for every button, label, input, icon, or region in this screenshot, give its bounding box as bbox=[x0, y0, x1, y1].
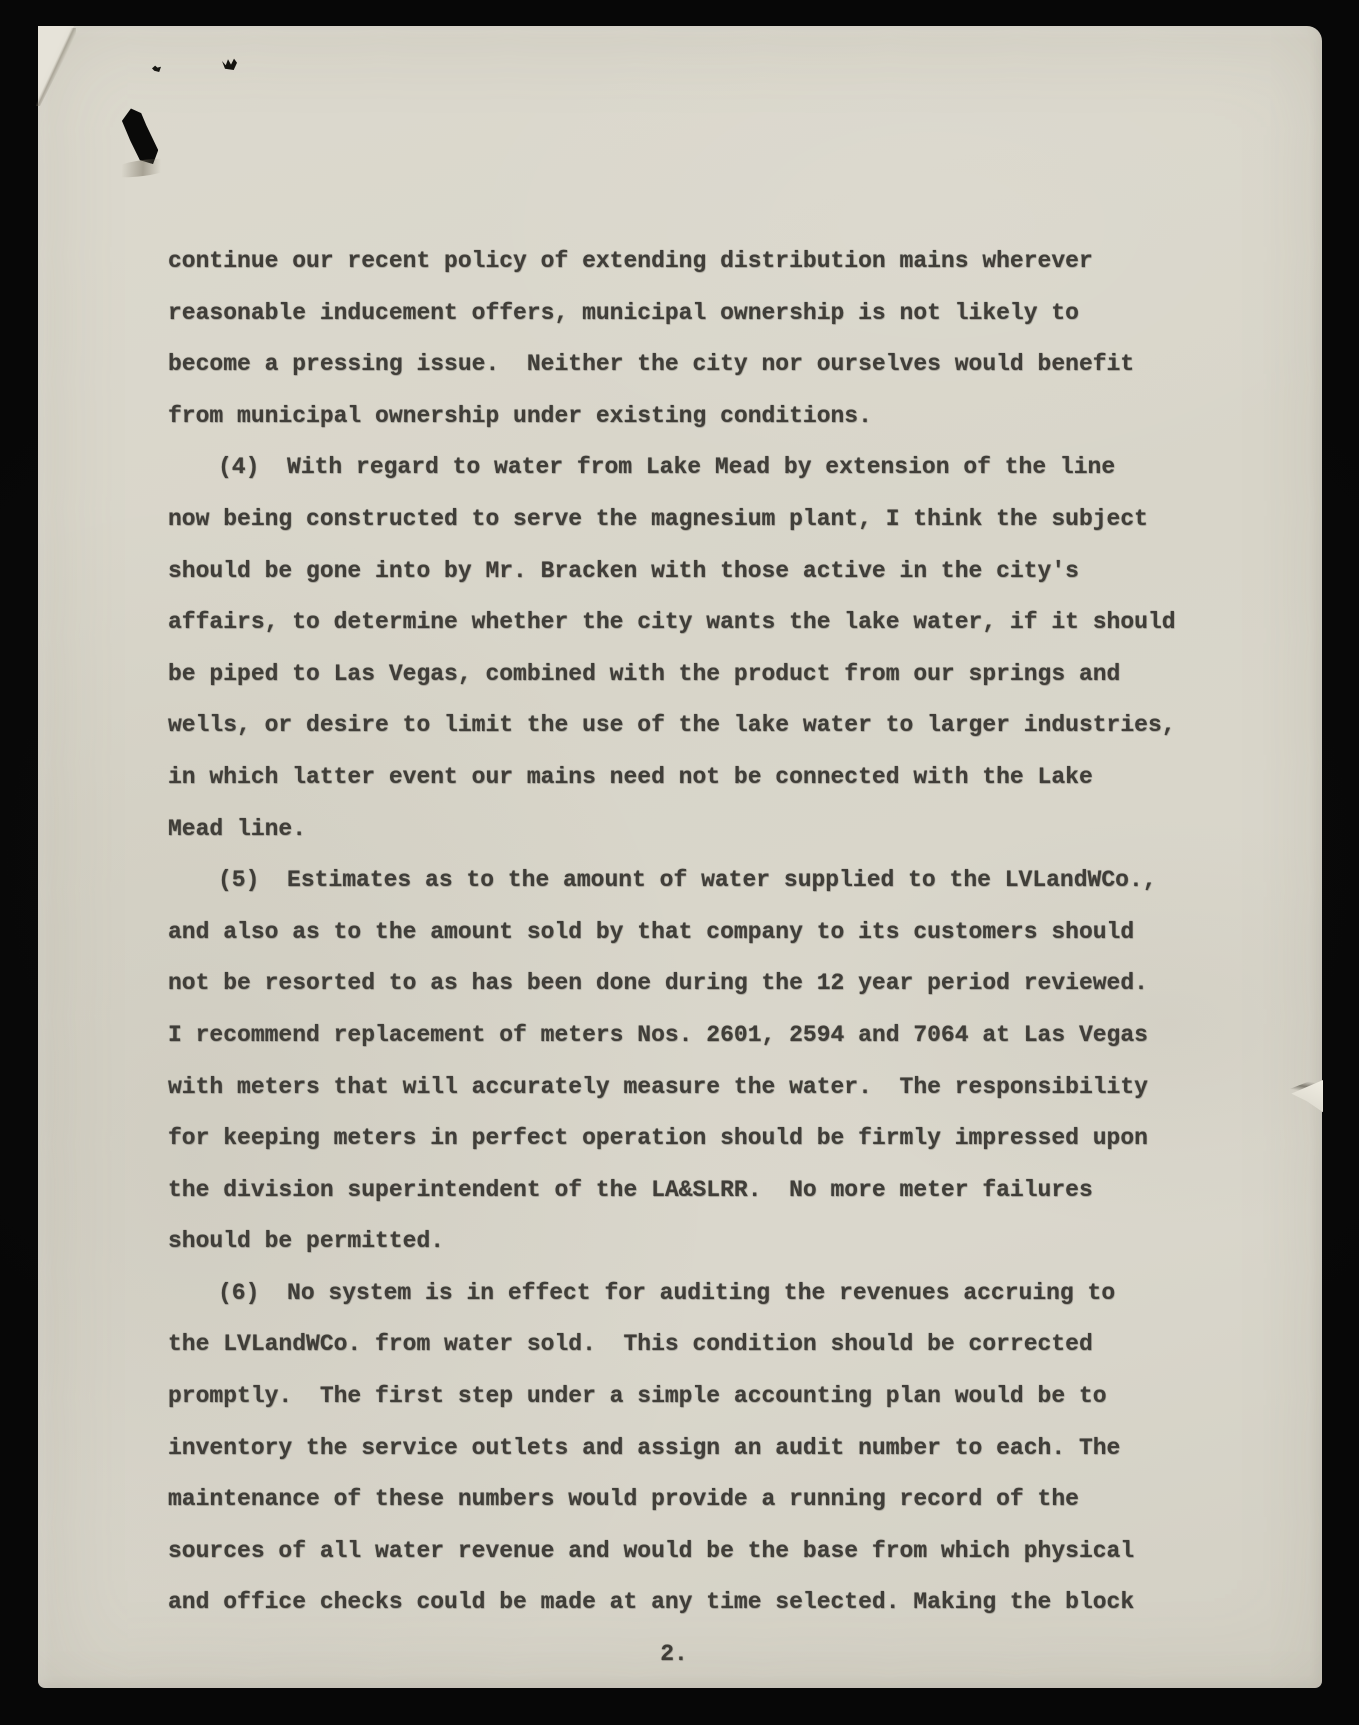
text-line: affairs, to determine whether the city w… bbox=[168, 597, 1208, 649]
text-line: for keeping meters in perfect operation … bbox=[168, 1113, 1208, 1165]
text-line: should be gone into by Mr. Bracken with … bbox=[168, 546, 1208, 598]
text-line: and office checks could be made at any t… bbox=[168, 1577, 1208, 1629]
text-line: maintenance of these numbers would provi… bbox=[168, 1474, 1208, 1526]
typewritten-text: continue our recent policy of extending … bbox=[168, 236, 1208, 1681]
punch-hole bbox=[117, 107, 164, 164]
text-line: should be permitted. bbox=[168, 1216, 1208, 1268]
text-line: and also as to the amount sold by that c… bbox=[168, 907, 1208, 959]
ink-speck bbox=[222, 58, 237, 70]
text-line: be piped to Las Vegas, combined with the… bbox=[168, 649, 1208, 701]
document-page: continue our recent policy of extending … bbox=[38, 26, 1322, 1688]
text-line: now being constructed to serve the magne… bbox=[168, 494, 1208, 546]
photo-background: continue our recent policy of extending … bbox=[0, 0, 1359, 1725]
page-number: 2. bbox=[168, 1629, 1180, 1681]
text-line: Mead line. bbox=[168, 804, 1208, 856]
text-line: with meters that will accurately measure… bbox=[168, 1062, 1208, 1114]
text-line: inventory the service outlets and assign… bbox=[168, 1423, 1208, 1475]
corner-fold-crease bbox=[36, 28, 76, 106]
text-line: in which latter event our mains need not… bbox=[168, 752, 1208, 804]
text-line: (5) Estimates as to the amount of water … bbox=[168, 855, 1208, 907]
text-line: (6) No system is in effect for auditing … bbox=[168, 1268, 1208, 1320]
text-line: wells, or desire to limit the use of the… bbox=[168, 700, 1208, 752]
text-line: (4) With regard to water from Lake Mead … bbox=[168, 442, 1208, 494]
text-line: the division superintendent of the LA&SL… bbox=[168, 1165, 1208, 1217]
text-line: I recommend replacement of meters Nos. 2… bbox=[168, 1010, 1208, 1062]
text-line: reasonable inducement offers, municipal … bbox=[168, 288, 1208, 340]
ink-speck bbox=[152, 64, 161, 72]
text-line: not be resorted to as has been done duri… bbox=[168, 958, 1208, 1010]
text-line: from municipal ownership under existing … bbox=[168, 391, 1208, 443]
text-line: become a pressing issue. Neither the cit… bbox=[168, 339, 1208, 391]
text-line: the LVLandWCo. from water sold. This con… bbox=[168, 1319, 1208, 1371]
edge-tear bbox=[1283, 1072, 1323, 1118]
text-line: sources of all water revenue and would b… bbox=[168, 1526, 1208, 1578]
punch-hole-crease bbox=[107, 155, 179, 181]
text-line: promptly. The first step under a simple … bbox=[168, 1371, 1208, 1423]
text-line: continue our recent policy of extending … bbox=[168, 236, 1208, 288]
